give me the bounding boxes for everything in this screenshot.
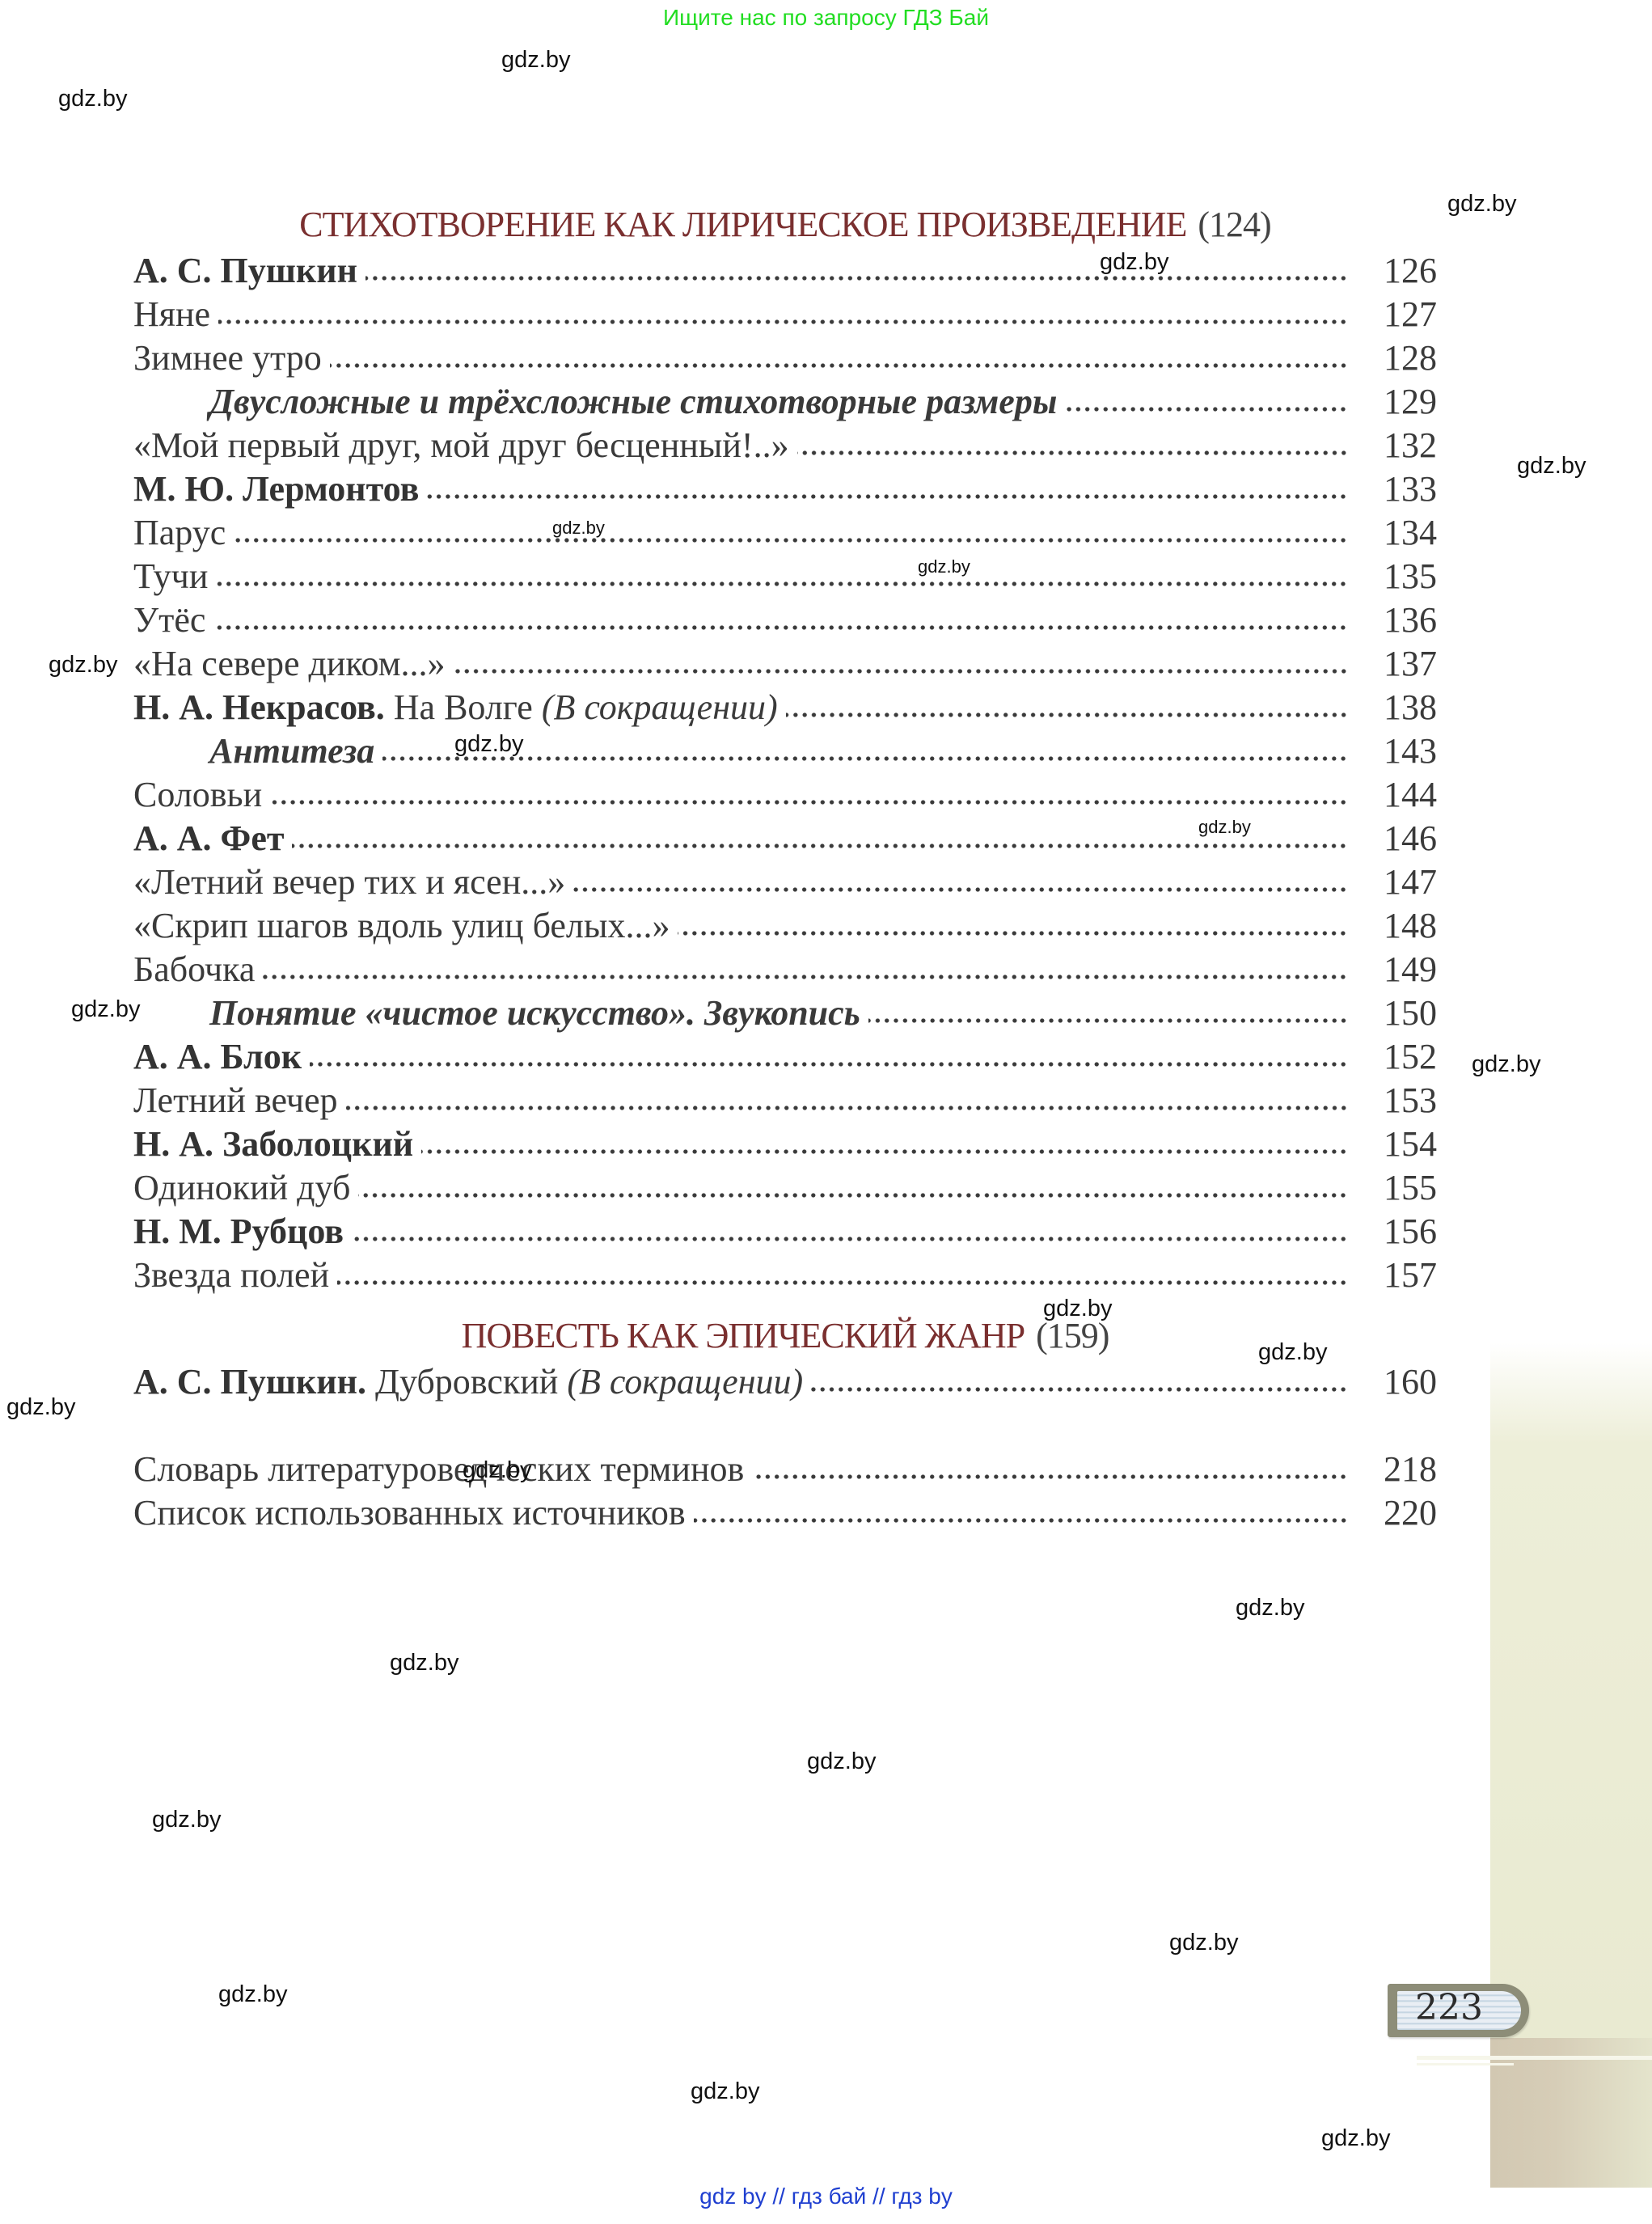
dot-leader — [421, 1148, 1348, 1155]
page-ref: 133 — [1348, 467, 1437, 511]
watermark-text: gdz.by — [218, 1981, 287, 2008]
watermark-text: gdz.by — [152, 1807, 221, 1833]
decorative-line — [1417, 2056, 1652, 2060]
entry-title: «Мой первый друг, мой друг бесценный!..» — [133, 424, 797, 467]
entry-title: Н. А. Заболоцкий — [133, 1123, 421, 1166]
toc-entry[interactable]: Летний вечер153 — [133, 1079, 1437, 1123]
table-of-contents: СТИХОТВОРЕНИЕ КАК ЛИРИЧЕСКОЕ ПРОИЗВЕДЕНИ… — [133, 201, 1437, 1535]
entry-title: Летний вечер — [133, 1079, 346, 1123]
author-name: Н. А. Заболоцкий — [133, 1124, 413, 1164]
work-title: Летний вечер — [133, 1080, 338, 1120]
watermark-text: gdz.by — [1043, 1296, 1112, 1322]
entry-title: Соловьи — [133, 773, 270, 817]
watermark-text: gdz.by — [807, 1748, 876, 1775]
entry-title: Парус — [133, 511, 234, 555]
watermark-text: gdz.by — [1517, 453, 1586, 480]
page-ref: 144 — [1348, 773, 1437, 817]
toc-entry[interactable]: Антитеза143 — [133, 729, 1437, 773]
dot-leader — [263, 974, 1348, 980]
dot-leader — [365, 275, 1348, 281]
toc-entry[interactable]: «На севере диком...»137 — [133, 642, 1437, 686]
abridged-note: (В сокращении) — [567, 1362, 803, 1402]
work-title: Парус — [133, 513, 226, 552]
watermark-text: gdz.by — [501, 47, 570, 74]
work-title: Соловьи — [133, 775, 262, 814]
author-name: А. А. Фет — [133, 818, 284, 858]
work-title: Одинокий дуб — [133, 1168, 350, 1207]
work-title: Бабочка — [133, 949, 255, 989]
entry-title: Утёс — [133, 598, 213, 642]
page-ref: 143 — [1348, 729, 1437, 773]
page-ref: 137 — [1348, 642, 1437, 686]
page-ref: 148 — [1348, 904, 1437, 948]
watermark-text: gdz.by — [1258, 1339, 1327, 1366]
dot-leader — [330, 362, 1348, 369]
watermark-text: gdz.by — [1447, 191, 1516, 218]
abridged-note: (В сокращении) — [542, 687, 778, 727]
toc-entry[interactable]: Н. А. Некрасов. На Волге (В сокращении)1… — [133, 686, 1437, 729]
work-title: Дубровский — [366, 1362, 567, 1402]
dot-leader — [797, 450, 1348, 456]
watermark-text: gdz.by — [552, 518, 605, 539]
entry-title: А. С. Пушкин. Дубровский (В сокращении) — [133, 1360, 811, 1404]
page-ref: 135 — [1348, 555, 1437, 598]
page-ref: 155 — [1348, 1166, 1437, 1210]
dot-leader — [811, 1386, 1348, 1393]
dot-leader — [346, 1105, 1348, 1111]
toc-entry[interactable]: Няне127 — [133, 293, 1437, 336]
author-name: Н. М. Рубцов — [133, 1211, 344, 1251]
page-ref: 136 — [1348, 598, 1437, 642]
section-heading: СТИХОТВОРЕНИЕ КАК ЛИРИЧЕСКОЕ ПРОИЗВЕДЕНИ… — [133, 201, 1437, 249]
page-number-badge: 223 — [1388, 1984, 1529, 2037]
watermark-text: gdz.by — [1198, 817, 1251, 838]
dot-leader — [868, 1017, 1348, 1024]
page-ref: 149 — [1348, 948, 1437, 991]
toc-entry[interactable]: Звезда полей157 — [133, 1254, 1437, 1297]
spacer — [133, 1297, 1437, 1312]
page-ref: 128 — [1348, 336, 1437, 380]
toc-entry[interactable]: Понятие «чистое искусство». Звукопись150 — [133, 991, 1437, 1035]
entry-title: Двусложные и трёхсложные стихотворные ра… — [133, 380, 1065, 424]
watermark-text: gdz.by — [1100, 249, 1168, 276]
toc-entry[interactable]: М. Ю. Лермонтов133 — [133, 467, 1437, 511]
page-ref: 129 — [1348, 380, 1437, 424]
footer-links[interactable]: gdz by // гдз бай // гдз by — [0, 2184, 1652, 2209]
dot-leader — [573, 886, 1348, 893]
toc-entry[interactable]: Двусложные и трёхсложные стихотворные ра… — [133, 380, 1437, 424]
dot-leader — [358, 1192, 1348, 1199]
toc-entry[interactable]: Одинокий дуб155 — [133, 1166, 1437, 1210]
watermark-text: gdz.by — [390, 1650, 458, 1676]
page-ref: 218 — [1348, 1448, 1437, 1491]
entry-title: Зимнее утро — [133, 336, 330, 380]
toc-entry[interactable]: «Скрип шагов вдоль улиц белых...»148 — [133, 904, 1437, 948]
page-number: 223 — [1415, 1987, 1483, 2028]
watermark-text: gdz.by — [1321, 2125, 1390, 2152]
watermark-text: gdz.by — [454, 731, 523, 758]
entry-title: «На севере диком...» — [133, 642, 454, 686]
dot-leader — [234, 537, 1348, 543]
watermark-text: gdz.by — [49, 652, 117, 679]
dot-leader — [427, 493, 1348, 500]
entry-title: Н. А. Некрасов. На Волге (В сокращении) — [133, 686, 786, 729]
work-title: Няне — [133, 294, 210, 334]
entry-title: Няне — [133, 293, 218, 336]
term-text: Понятие «чистое искусство». Звукопись — [209, 993, 860, 1033]
work-title: Словарь литературоведческих терминов — [133, 1449, 744, 1489]
watermark-text: gdz.by — [1472, 1051, 1540, 1078]
author-name: М. Ю. Лермонтов — [133, 469, 419, 509]
work-title: Список использованных источников — [133, 1493, 686, 1533]
watermark-text: gdz.by — [1169, 1930, 1238, 1956]
entry-title: Тучи — [133, 555, 216, 598]
page-ref: 127 — [1348, 293, 1437, 336]
search-banner[interactable]: Ищите нас по запросу ГДЗ Бай — [0, 5, 1652, 31]
watermark-text: gdz.by — [1236, 1595, 1304, 1621]
term-text: Двусложные и трёхсложные стихотворные ра… — [209, 382, 1057, 421]
entry-title: «Летний вечер тих и ясен...» — [133, 860, 573, 904]
author-name: Н. А. Некрасов. — [133, 687, 385, 727]
section-title: ПОВЕСТЬ КАК ЭПИЧЕСКИЙ ЖАНР — [462, 1316, 1025, 1355]
page-ref: 147 — [1348, 860, 1437, 904]
dot-leader — [337, 1279, 1348, 1286]
page-ref: 138 — [1348, 686, 1437, 729]
toc-entry[interactable]: Н. М. Рубцов156 — [133, 1210, 1437, 1254]
work-title: На Волге — [385, 687, 542, 727]
section-title: СТИХОТВОРЕНИЕ КАК ЛИРИЧЕСКОЕ ПРОИЗВЕДЕНИ… — [299, 205, 1186, 244]
entry-title: Одинокий дуб — [133, 1166, 358, 1210]
dot-leader — [352, 1236, 1348, 1242]
toc-entry[interactable]: Н. А. Заболоцкий154 — [133, 1123, 1437, 1166]
watermark-text: gdz.by — [58, 86, 127, 112]
work-title: «На севере диком...» — [133, 644, 446, 683]
toc-entry[interactable]: Список использованных источников220 — [133, 1491, 1437, 1535]
entry-title: Антитеза — [133, 729, 382, 773]
decorative-line — [1417, 2063, 1514, 2065]
toc-entry[interactable]: Бабочка149 — [133, 948, 1437, 991]
toc-entry[interactable]: А. С. Пушкин126 — [133, 249, 1437, 293]
author-name: А. С. Пушкин — [133, 251, 357, 290]
section-page: (124) — [1198, 205, 1270, 244]
dot-leader — [752, 1474, 1348, 1480]
watermark-text: gdz.by — [71, 996, 140, 1023]
toc-entry[interactable]: Утёс136 — [133, 598, 1437, 642]
page-ref: 132 — [1348, 424, 1437, 467]
author-name: А. А. Блок — [133, 1037, 302, 1076]
work-title: «Скрип шагов вдоль улиц белых...» — [133, 906, 670, 945]
page-ref: 150 — [1348, 991, 1437, 1035]
entry-title: А. С. Пушкин — [133, 249, 365, 293]
page-ref: 152 — [1348, 1035, 1437, 1079]
dot-leader — [454, 668, 1348, 674]
dot-leader — [694, 1517, 1348, 1524]
entry-title: Звезда полей — [133, 1254, 337, 1297]
page-ref: 220 — [1348, 1491, 1437, 1535]
dot-leader — [213, 624, 1348, 631]
work-title: Утёс — [133, 600, 205, 640]
dot-leader — [382, 755, 1348, 762]
dot-leader — [270, 799, 1348, 805]
entry-title: Бабочка — [133, 948, 263, 991]
toc-entry[interactable]: Соловьи144 — [133, 773, 1437, 817]
page-ref: 146 — [1348, 817, 1437, 860]
entry-title: «Скрип шагов вдоль улиц белых...» — [133, 904, 678, 948]
entry-title: А. А. Блок — [133, 1035, 310, 1079]
toc-entry[interactable]: «Летний вечер тих и ясен...»147 — [133, 860, 1437, 904]
entry-title: Список использованных источников — [133, 1491, 694, 1535]
toc-entry[interactable]: Тучи135 — [133, 555, 1437, 598]
toc-entry[interactable]: А. С. Пушкин. Дубровский (В сокращении)1… — [133, 1360, 1437, 1404]
work-title: Звезда полей — [133, 1255, 329, 1295]
toc-entry[interactable]: «Мой первый друг, мой друг бесценный!..»… — [133, 424, 1437, 467]
entry-title: Понятие «чистое искусство». Звукопись — [133, 991, 868, 1035]
entry-title: Словарь литературоведческих терминов — [133, 1448, 752, 1491]
toc-entry[interactable]: Зимнее утро128 — [133, 336, 1437, 380]
watermark-text: gdz.by — [463, 1457, 531, 1484]
page-ref: 153 — [1348, 1079, 1437, 1123]
page-ref: 160 — [1348, 1360, 1437, 1404]
entry-title: М. Ю. Лермонтов — [133, 467, 427, 511]
page-ref: 154 — [1348, 1123, 1437, 1166]
page-ref: 157 — [1348, 1254, 1437, 1297]
dot-leader — [1065, 406, 1348, 412]
work-title: Зимнее утро — [133, 338, 322, 378]
dot-leader — [218, 319, 1348, 325]
toc-entry[interactable]: А. А. Блок152 — [133, 1035, 1437, 1079]
watermark-text: gdz.by — [691, 2078, 759, 2105]
watermark-text: gdz.by — [6, 1394, 75, 1421]
page-ref: 134 — [1348, 511, 1437, 555]
page-edge-decoration-lower — [1490, 2038, 1652, 2188]
work-title: «Летний вечер тих и ясен...» — [133, 862, 565, 902]
dot-leader — [216, 581, 1348, 587]
toc-entry[interactable]: Парус134 — [133, 511, 1437, 555]
entry-title: А. А. Фет — [133, 817, 292, 860]
entry-title: Н. М. Рубцов — [133, 1210, 352, 1254]
toc-entry[interactable]: Словарь литературоведческих терминов218 — [133, 1448, 1437, 1491]
dot-leader — [678, 930, 1348, 937]
term-text: Антитеза — [209, 731, 374, 771]
dot-leader — [292, 843, 1348, 849]
page-ref: 156 — [1348, 1210, 1437, 1254]
spacer — [133, 1404, 1437, 1448]
dot-leader — [786, 712, 1348, 718]
watermark-text: gdz.by — [918, 556, 970, 577]
author-name: А. С. Пушкин. — [133, 1362, 366, 1402]
work-title: Тучи — [133, 556, 208, 596]
section-heading: ПОВЕСТЬ КАК ЭПИЧЕСКИЙ ЖАНР(159) — [133, 1312, 1437, 1360]
page-ref: 126 — [1348, 249, 1437, 293]
work-title: «Мой первый друг, мой друг бесценный!..» — [133, 425, 789, 465]
dot-leader — [310, 1061, 1348, 1068]
